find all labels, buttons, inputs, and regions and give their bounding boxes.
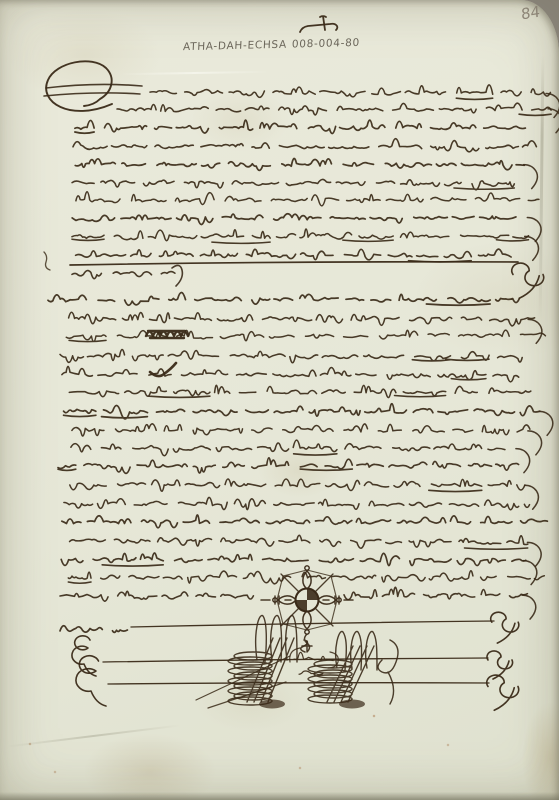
opening-paragraph-text: [72, 85, 559, 262]
photograph: ATHA-DAH-ECHSA 008-004-80 84: [0, 0, 559, 800]
notarial-sign: [261, 566, 353, 652]
catchword-line: [44, 252, 182, 286]
invocation-cross: [300, 16, 337, 32]
signature-block: [60, 612, 519, 710]
manuscript-ink-layer: [0, 0, 559, 800]
paragraph-closing-rule: [70, 262, 544, 298]
body-paragraph-text: [48, 292, 553, 619]
opening-initial-flourish: [44, 61, 142, 111]
manuscript-paper: ATHA-DAH-ECHSA 008-004-80 84: [0, 0, 559, 800]
